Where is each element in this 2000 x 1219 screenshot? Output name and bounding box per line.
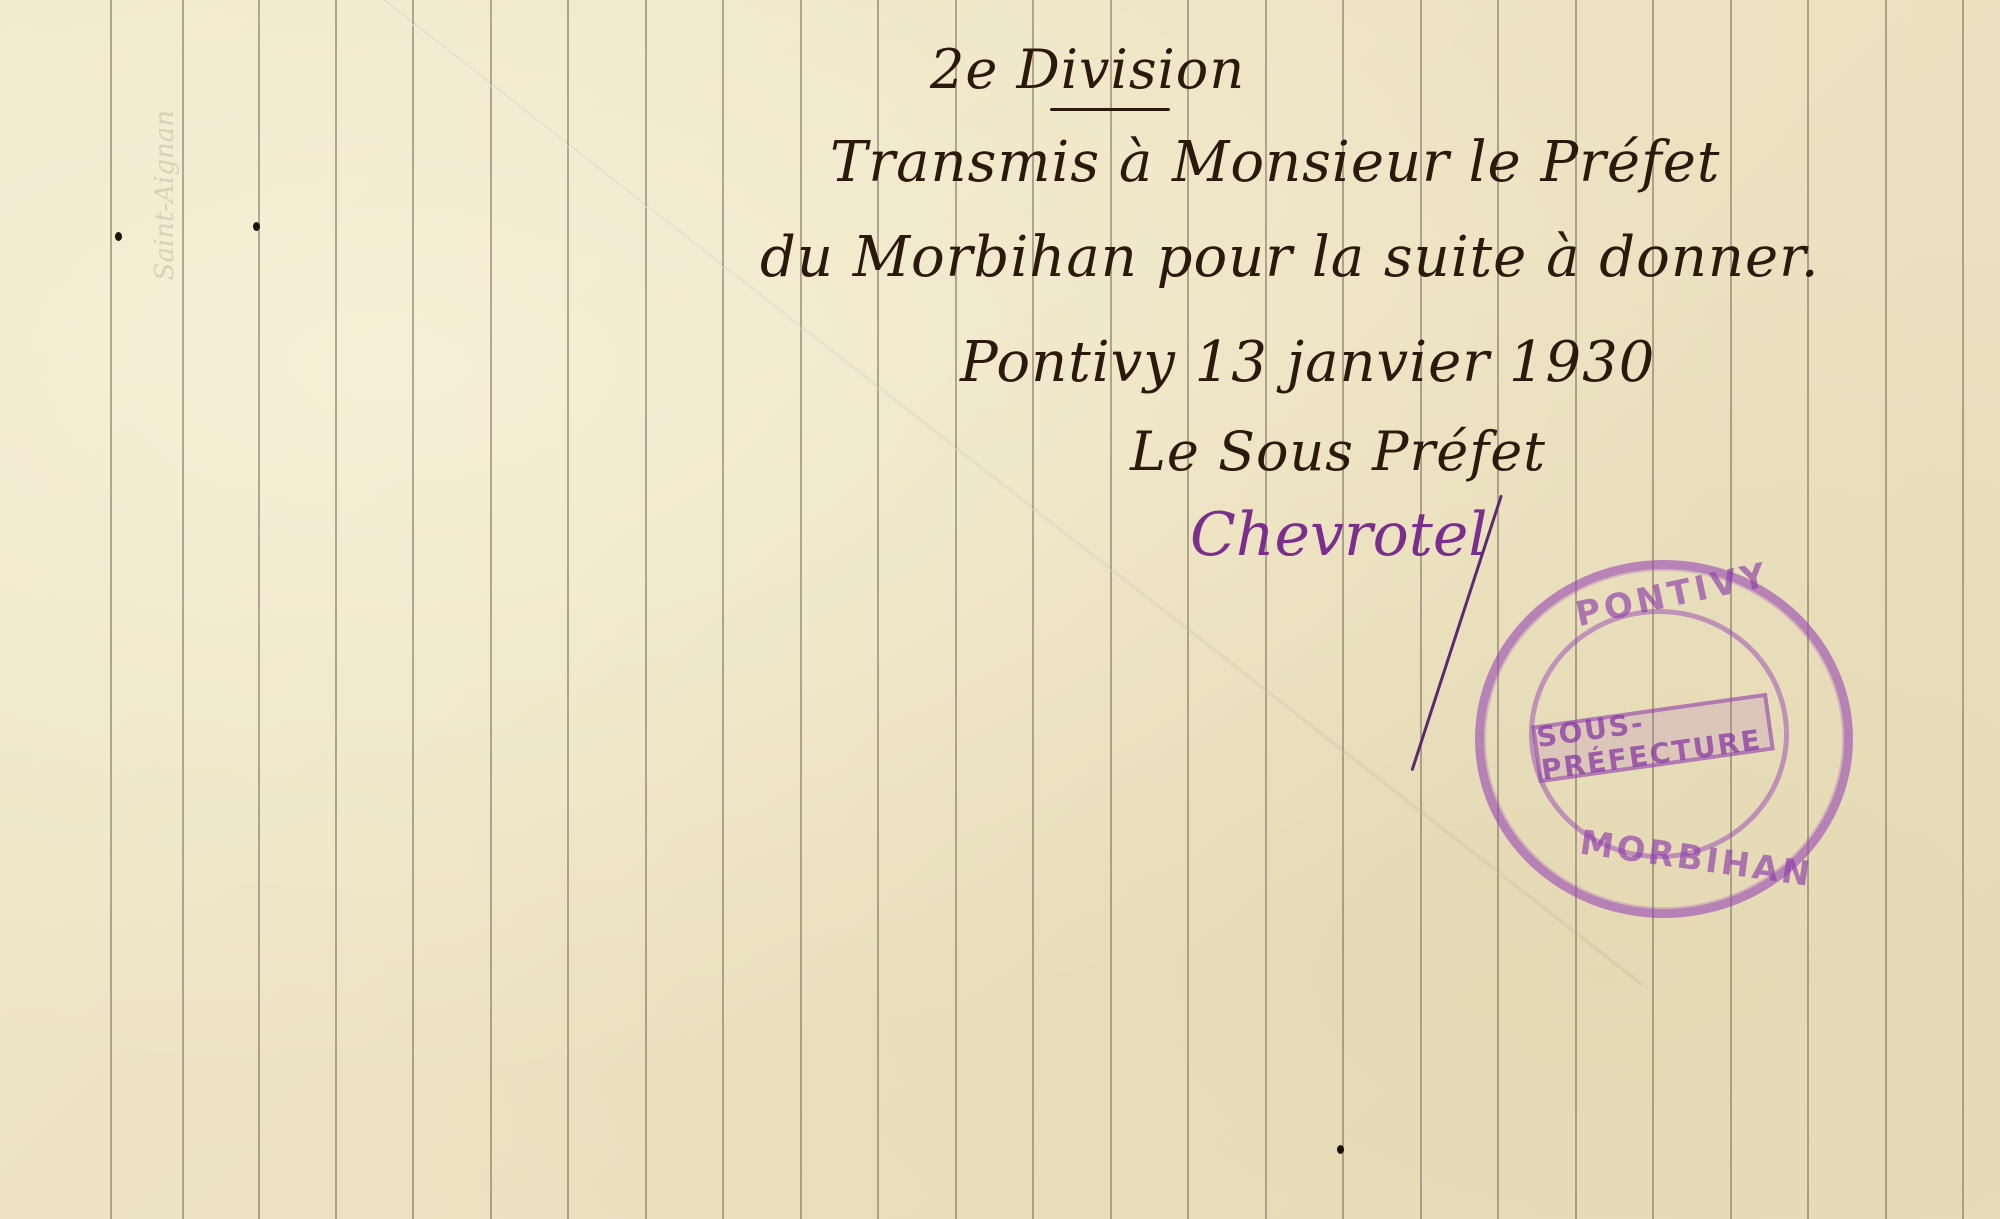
heading-underline [1050,108,1170,111]
ruled-line [567,0,569,1219]
ruled-line [800,0,802,1219]
ruled-line [412,0,414,1219]
official-stamp: PONTIVY SOUS-PRÉFECTURE MORBIHAN [1475,560,1853,918]
division-heading: 2e Division [930,38,1245,101]
ruled-line [1807,0,1809,1219]
ruled-line [1962,0,1964,1219]
signatory-title: Le Sous Préfet [1130,420,1546,483]
punch-hole [253,222,260,231]
date-line: Pontivy 13 janvier 1930 [960,330,1655,395]
ruled-line [258,0,260,1219]
punch-hole [115,232,122,241]
transmission-line-1: Transmis à Monsieur le Préfet [830,130,1720,195]
ruled-line [722,0,724,1219]
transmission-line-2: du Morbihan pour la suite à donner. [760,225,1820,290]
signature: Chevrotel [1190,500,1488,570]
punch-hole [1337,1145,1344,1154]
ruled-line [110,0,112,1219]
ruled-line [335,0,337,1219]
ruled-line [645,0,647,1219]
ruled-line [182,0,184,1219]
bleed-through-text: Saint-Aignan [150,110,180,280]
ruled-line [490,0,492,1219]
ruled-line [1885,0,1887,1219]
